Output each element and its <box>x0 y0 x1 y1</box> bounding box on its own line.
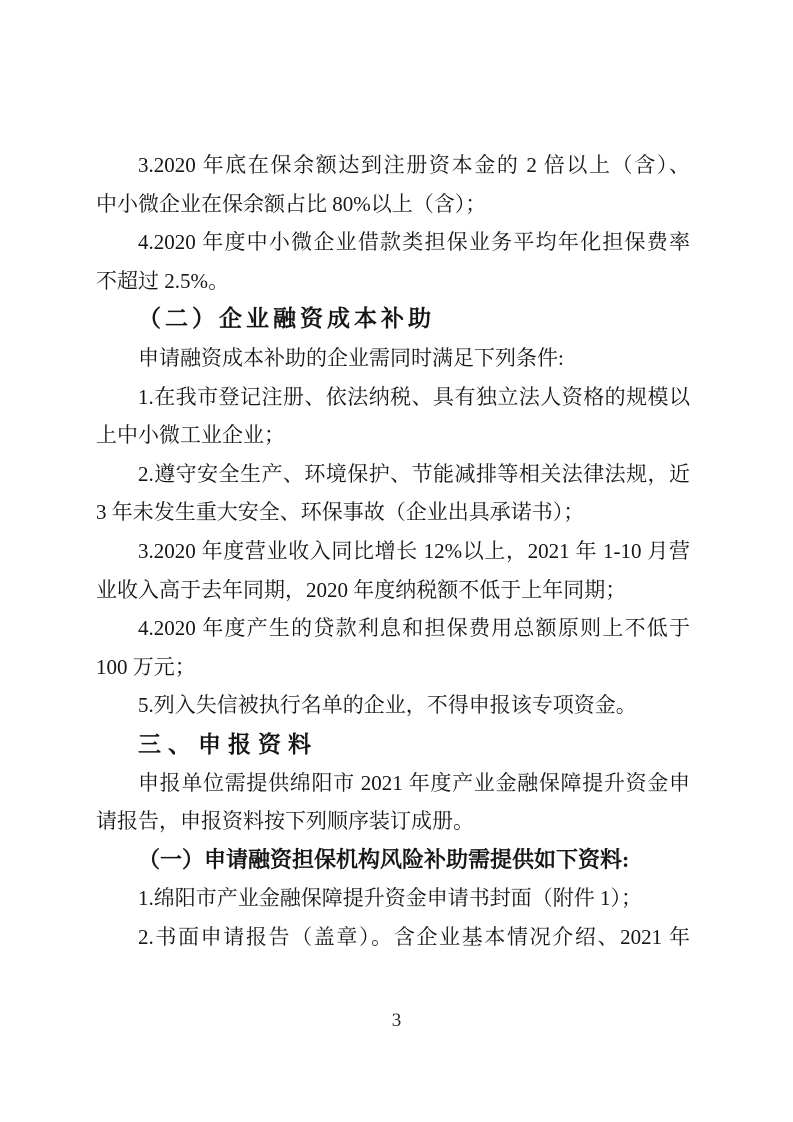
document-body: 3.2020 年底在保余额达到注册资本金的 2 倍以上（含）、 中小微企业在保余… <box>96 146 690 956</box>
heading-subsection-1-required-materials: （一）申请融资担保机构风险补助需提供如下资料: <box>96 841 690 880</box>
paragraph-materials-intro-line-2: 请报告，申报资料按下列顺序装订成册。 <box>96 802 690 841</box>
clause-cost-4-line-1: 4.2020 年度产生的贷款利息和担保费用总额原则上不低于 <box>96 609 690 648</box>
heading-section-3-application-materials: 三、申报资料 <box>96 725 690 764</box>
heading-subsection-2-financing-cost-subsidy: （二）企业融资成本补助 <box>96 300 690 339</box>
clause-cost-3-line-1: 3.2020 年度营业收入同比增长 12%以上，2021 年 1-10 月营 <box>96 532 690 571</box>
clause-cost-1-line-1: 1.在我市登记注册、依法纳税、具有独立法人资格的规模以 <box>96 378 690 417</box>
clause-cost-1-line-2: 上中小微工业企业； <box>96 416 690 455</box>
clause-guarantee-3-line-1: 3.2020 年底在保余额达到注册资本金的 2 倍以上（含）、 <box>96 146 690 185</box>
clause-cost-2-line-2: 3 年未发生重大安全、环保事故（企业出具承诺书）； <box>96 493 690 532</box>
clause-guarantee-4-line-2: 不超过 2.5%。 <box>96 262 690 301</box>
paragraph-conditions-intro: 申请融资成本补助的企业需同时满足下列条件: <box>96 339 690 378</box>
clause-cost-5: 5.列入失信被执行名单的企业，不得申报该专项资金。 <box>96 686 690 725</box>
clause-cost-4-line-2: 100 万元； <box>96 648 690 687</box>
clause-cost-3-line-2: 业收入高于去年同期，2020 年度纳税额不低于上年同期； <box>96 571 690 610</box>
paragraph-materials-intro-line-1: 申报单位需提供绵阳市 2021 年度产业金融保障提升资金申 <box>96 764 690 803</box>
material-item-2-line-1: 2.书面申请报告（盖章）。含企业基本情况介绍、2021 年 <box>96 918 690 957</box>
page-number: 3 <box>0 1006 793 1036</box>
material-item-1: 1.绵阳市产业金融保障提升资金申请书封面（附件 1）； <box>96 879 690 918</box>
document-page: 3.2020 年底在保余额达到注册资本金的 2 倍以上（含）、 中小微企业在保余… <box>0 0 793 1122</box>
clause-guarantee-3-line-2: 中小微企业在保余额占比 80%以上（含）； <box>96 185 690 224</box>
clause-cost-2-line-1: 2.遵守安全生产、环境保护、节能减排等相关法律法规，近 <box>96 455 690 494</box>
clause-guarantee-4-line-1: 4.2020 年度中小微企业借款类担保业务平均年化担保费率 <box>96 223 690 262</box>
